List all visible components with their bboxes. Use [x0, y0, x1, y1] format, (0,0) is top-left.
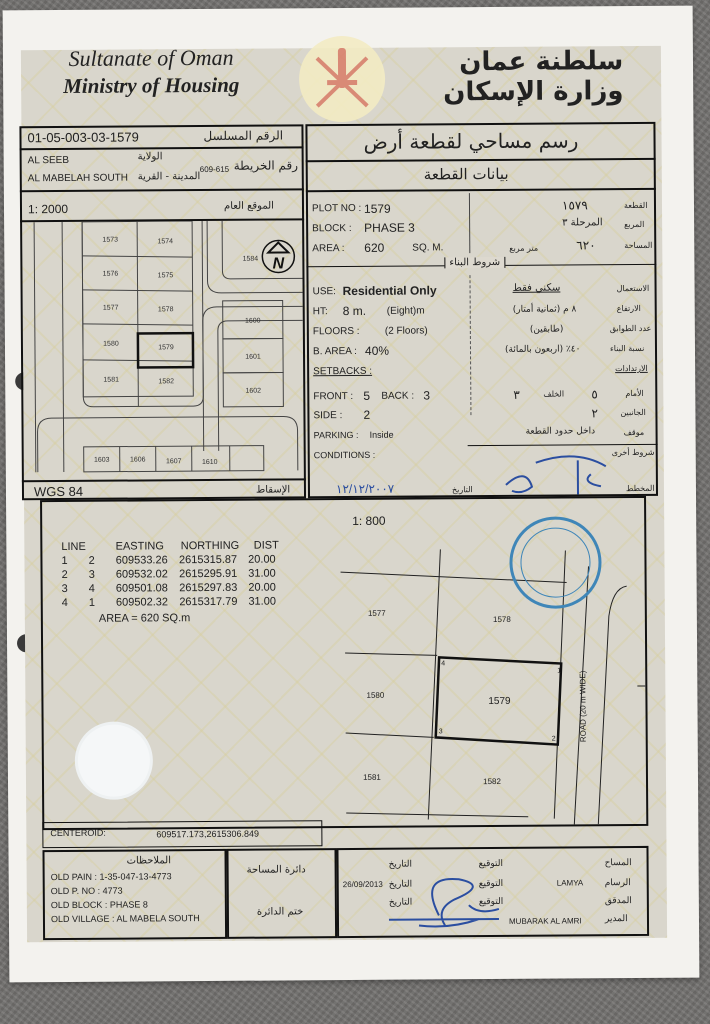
old-plot-no: OLD P. NO : 4773 — [51, 886, 123, 897]
area-ar-label: المساحة — [624, 241, 652, 250]
parking-label-ar: موقف — [624, 428, 645, 437]
cell-easting: 609502.32 — [115, 595, 178, 609]
corner-label: 4 — [441, 660, 445, 667]
draftsman-name: LAMYA — [557, 878, 584, 887]
cell-from: 2 — [61, 568, 88, 582]
plot-label: 1582 — [158, 378, 174, 385]
old-pain: OLD PAIN : 1-35-047-13-4773 — [51, 871, 172, 882]
surveyor-signature-label: التوقيع — [479, 859, 503, 869]
plot-label: 1576 — [103, 271, 119, 278]
surveyor-date-label: التاريخ — [389, 860, 412, 870]
wilayat: AL SEEB — [28, 155, 69, 166]
cell-easting: 609501.08 — [115, 581, 178, 595]
wilayat-label: الولاية — [138, 151, 163, 162]
cell-to: 3 — [88, 568, 115, 582]
conditions-label: CONDITIONS : — [314, 450, 376, 460]
draftsman-label: الرسام — [605, 878, 631, 888]
parking-value-ar: داخل حدود القطعة — [526, 426, 596, 436]
embossed-seal — [78, 724, 151, 797]
corner-label: 2 — [552, 736, 556, 743]
ministry-name-en: Ministry of Housing — [63, 73, 239, 99]
office-box — [226, 848, 337, 939]
front-setback: 5 — [363, 389, 370, 403]
floors-value: (2 Floors) — [385, 325, 428, 336]
location-label: الموقع العام — [224, 201, 274, 212]
back-setback-label-ar: الخلف — [543, 390, 564, 399]
cell-to: 4 — [88, 582, 115, 596]
height-words: (Eight)m — [387, 305, 425, 316]
oman-emblem-icon — [299, 36, 386, 123]
building-area-label-ar: نسبة البناء — [610, 344, 644, 353]
header-english: Sultanate of Oman Ministry of Housing — [63, 45, 240, 99]
map-number: 609-615 — [200, 165, 229, 174]
location-map: 1573157415761575157715781580157915811582… — [22, 220, 304, 480]
parking-value: Inside — [370, 430, 394, 440]
plot-label: 1575 — [158, 272, 174, 279]
area: 620 — [364, 241, 384, 255]
cell-from: 3 — [61, 582, 88, 596]
north-arrow-icon: N — [262, 240, 294, 272]
plot-label: 1602 — [245, 388, 261, 395]
cell-to: 1 — [88, 596, 115, 610]
floors-label: FLOORS : — [313, 326, 360, 337]
plot-label: 1603 — [94, 457, 110, 464]
document-title: رسم مساحي لقطعة أرض — [363, 128, 578, 153]
building-area-value-ar: ٤٠٪ (اربعون بالمائة) — [505, 344, 581, 355]
back-setback-label: BACK : — [381, 391, 414, 402]
cell-dist: 20.00 — [247, 552, 286, 566]
survey-department: دائرة المساحة — [247, 864, 306, 875]
plot-label: 1601 — [245, 354, 261, 361]
village-label: المدينة - القرية — [138, 171, 201, 182]
plot-label: 1582 — [483, 777, 501, 786]
plot-label: 1600 — [245, 318, 261, 325]
plot-no: 1579 — [364, 202, 391, 216]
projection: WGS 84 — [34, 484, 83, 499]
plot-label: 1578 — [493, 615, 511, 624]
use-value-ar: سكني فقط — [513, 283, 561, 294]
road-label: ROAD (20 m WIDE) — [578, 670, 588, 742]
location-scale: 1: 2000 — [28, 202, 68, 216]
use-value: Residential Only — [343, 283, 437, 298]
plot-label: 1578 — [158, 306, 174, 313]
surveyor-label: المساح — [605, 858, 632, 868]
corner-label: 1 — [557, 668, 561, 675]
plot-label: 1579 — [158, 344, 174, 351]
height-label: HT: — [313, 306, 328, 317]
cell-from: 1 — [60, 554, 87, 568]
plot-label: 1581 — [103, 377, 119, 384]
front-setback-ar: ٥ — [591, 387, 598, 401]
plot-label: 1610 — [202, 459, 218, 466]
height-value: 8 m. — [343, 304, 366, 318]
total-area: AREA = 620 SQ.m — [99, 612, 190, 625]
cell-easting: 609532.02 — [115, 567, 178, 581]
use-label: USE: — [313, 286, 336, 297]
floors-value-ar: (طابقين) — [530, 325, 564, 335]
serial-number: 01-05-003-03-1579 — [27, 129, 138, 145]
cell-dist: 20.00 — [247, 580, 286, 594]
official-stamp-icon — [509, 516, 602, 609]
director-label: المدير — [605, 914, 628, 924]
director-signature — [379, 875, 519, 936]
planner-date-label: التاريخ — [452, 485, 473, 494]
col-line: LINE — [60, 540, 114, 554]
cell-from: 4 — [61, 596, 88, 610]
planner-signature — [496, 454, 626, 497]
cell-dist: 31.00 — [247, 594, 286, 608]
plot-label: 1573 — [102, 237, 118, 244]
plot-data-subtitle: بيانات القطعة — [424, 165, 509, 184]
cell-easting: 609533.26 — [115, 553, 178, 567]
building-conditions-heading: شروط البناء — [444, 257, 505, 268]
col-northing: NORTHING — [178, 539, 247, 553]
centeroid-label: CENTEROID: — [50, 828, 106, 838]
building-area-label: B. AREA : — [313, 346, 357, 357]
area-ar: ٦٢٠ — [576, 238, 595, 252]
plot-label: 1579 — [488, 696, 511, 707]
area-label: AREA : — [312, 243, 344, 254]
plot-label: 1580 — [103, 341, 119, 348]
table-row: 23609532.022615295.9131.00 — [61, 566, 286, 582]
setbacks-label: SETBACKS : — [313, 366, 372, 377]
cell-dist: 31.00 — [247, 566, 286, 580]
cell-to: 2 — [88, 554, 115, 568]
plot-label: 1577 — [103, 305, 119, 312]
plot-label: 1574 — [157, 238, 173, 245]
block-ar: المرحلة ٣ — [562, 217, 603, 228]
old-block: OLD BLOCK : PHASE 8 — [51, 899, 148, 910]
plot-label: 1581 — [363, 773, 381, 782]
country-name-ar: سلطنة عمان — [443, 46, 624, 77]
table-row: 12609533.262615315.8720.00 — [60, 552, 285, 568]
ministry-name-ar: وزارة الإسكان — [443, 76, 624, 107]
department-seal-label: ختم الدائرة — [257, 906, 304, 917]
header-arabic: سلطنة عمان وزارة الإسكان — [443, 46, 624, 107]
detail-map-scale: 1: 800 — [352, 514, 385, 528]
building-area-value: 40% — [365, 344, 389, 358]
planner-label: المخطط — [626, 484, 655, 493]
serial-number-label: الرقم المسلسل — [203, 128, 283, 143]
col-dist: DIST — [247, 538, 286, 552]
table-row: 41609502.322615317.7931.00 — [61, 594, 286, 610]
cell-northing: 2615295.91 — [178, 567, 247, 581]
plot-label: 1607 — [166, 458, 182, 465]
centeroid-value: 609517.173,2615306.849 — [156, 829, 259, 840]
plot-label: 1577 — [368, 609, 386, 618]
cell-northing: 2615315.87 — [178, 553, 247, 567]
plot-label: 1580 — [366, 691, 384, 700]
plot-no-ar: ١٥٧٩ — [562, 198, 588, 212]
side-setback-ar: ٢ — [591, 406, 598, 420]
use-label-ar: الاستعمال — [617, 284, 650, 293]
draftsman-date: 26/09/2013 — [343, 880, 383, 889]
director-name: MUBARAK AL AMRI — [509, 916, 582, 926]
side-setback-label: SIDE : — [313, 410, 342, 421]
document-page: Sultanate of Oman Ministry of Housing سل… — [3, 6, 700, 983]
remarks-heading: الملاحظات — [127, 855, 171, 866]
block-label: BLOCK : — [312, 223, 352, 234]
cell-northing: 2615317.79 — [178, 595, 247, 609]
map-number-label: رقم الخريطة — [234, 158, 298, 172]
old-village: OLD VILLAGE : AL MABELA SOUTH — [51, 913, 200, 924]
plot-no-ar-label: القطعة — [624, 201, 647, 210]
block: PHASE 3 — [364, 221, 415, 235]
handwritten-date: ١٢/١٢/٢٠٠٧ — [336, 482, 394, 496]
projection-label: الإسقاط — [256, 484, 290, 495]
side-setback-label-ar: الجانبين — [620, 408, 645, 417]
block-ar-label: المربع — [624, 220, 644, 229]
plot-label: 1584 — [243, 256, 259, 263]
height-value-ar: ٨ م (ثمانية أمتار) — [513, 304, 577, 314]
side-setback: 2 — [363, 408, 370, 422]
area-unit: SQ. M. — [412, 242, 443, 253]
table-row: 34609501.082615297.8320.00 — [61, 580, 286, 596]
height-label-ar: الارتفاع — [617, 304, 641, 313]
col-easting: EASTING — [115, 539, 178, 553]
cell-northing: 2615297.83 — [178, 581, 247, 595]
plot-no-label: PLOT NO : — [312, 203, 361, 214]
floors-label-ar: عدد الطوابق — [610, 324, 652, 333]
back-setback: 3 — [423, 388, 430, 402]
country-name-en: Sultanate of Oman — [63, 45, 239, 72]
front-setback-label: FRONT : — [313, 391, 353, 402]
plot-label: 1606 — [130, 456, 146, 463]
area-unit-ar: متر مربع — [509, 244, 538, 253]
corner-label: 3 — [439, 728, 443, 735]
parking-label: PARKING : — [314, 430, 359, 440]
village: AL MABELAH SOUTH — [28, 173, 128, 185]
front-setback-label-ar: الأمام — [625, 389, 644, 398]
back-setback-ar: ٣ — [513, 388, 520, 402]
checker-label: المدقق — [605, 896, 632, 906]
coordinates-table: LINE EASTING NORTHING DIST 12609533.2626… — [60, 538, 286, 610]
setbacks-label-ar: الارتدادات — [615, 364, 648, 373]
svg-text:N: N — [273, 255, 285, 272]
